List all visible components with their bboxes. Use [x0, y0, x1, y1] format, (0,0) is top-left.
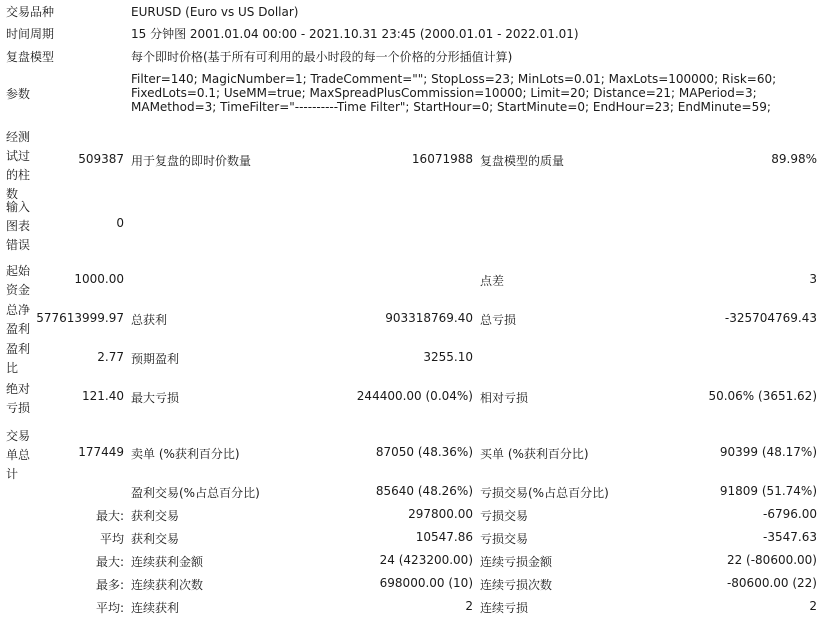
parameters-value: Filter=140; MagicNumber=1; TradeComment=… [131, 72, 821, 114]
max-consecutive-prefix: 最大: [96, 553, 124, 570]
symbol-value: EURUSD (Euro vs US Dollar) [131, 4, 298, 20]
avg-consecutive-profit-label: 连续获利 [131, 599, 179, 616]
loss-trades-value: 91809 (51.74%) [720, 484, 817, 498]
profit-trades-value: 85640 (48.26%) [376, 484, 473, 498]
maximal-drawdown-label: 最大亏损 [131, 389, 179, 406]
total-net-profit-label: 总净盈利 [6, 301, 36, 339]
model-value: 每个即时价格(基于所有可利用的最小时段的每一个价格的分形插值计算) [131, 49, 512, 65]
short-positions-label: 卖单 (%获利百分比) [131, 445, 240, 462]
maximal-consecutive-loss-label: 连续亏损次数 [480, 576, 552, 593]
maximal-consecutive-loss-value: -80600.00 (22) [727, 576, 817, 590]
bars-tested-value: 509387 [78, 152, 124, 166]
absolute-drawdown-label: 绝对亏损 [6, 380, 36, 418]
total-trades-label: 交易单总计 [6, 427, 36, 484]
avg-consecutive-loss-label: 连续亏损 [480, 599, 528, 616]
largest-profit-value: 297800.00 [408, 507, 473, 521]
mismatched-errors-label: 输入图表错误 [6, 198, 36, 255]
spread-label: 点差 [480, 272, 504, 289]
avg-consecutive-profit-value: 2 [465, 599, 473, 613]
model-label: 复盘模型 [6, 49, 86, 65]
profit-factor-value: 2.77 [97, 350, 124, 364]
maximal-drawdown-value: 244400.00 (0.04%) [357, 389, 473, 403]
largest-profit-label: 获利交易 [131, 507, 179, 524]
maximal-consecutive-profit-label: 连续获利次数 [131, 576, 203, 593]
maximal-consecutive-profit-value: 698000.00 (10) [380, 576, 473, 590]
initial-deposit-label: 起始资金 [6, 262, 36, 300]
avg-consecutive-loss-value: 2 [809, 599, 817, 613]
period-value: 15 分钟图 2001.01.04 00:00 - 2021.10.31 23:… [131, 26, 579, 42]
initial-deposit-value: 1000.00 [74, 272, 124, 286]
max-consecutive-loss-value: 22 (-80600.00) [727, 553, 817, 567]
modelling-quality-label: 复盘模型的质量 [480, 152, 564, 169]
average-loss-value: -3547.63 [763, 530, 817, 544]
symbol-label: 交易品种 [6, 4, 86, 20]
average-profit-value: 10547.86 [416, 530, 473, 544]
long-positions-label: 买单 (%获利百分比) [480, 445, 589, 462]
maximal-consecutive-prefix: 最多: [96, 576, 124, 593]
gross-loss-value: -325704769.43 [725, 311, 817, 325]
max-consecutive-profit-label: 连续获利金额 [131, 553, 203, 570]
long-positions-value: 90399 (48.17%) [720, 445, 817, 459]
expected-payoff-label: 预期盈利 [131, 350, 179, 367]
spread-value: 3 [809, 272, 817, 286]
short-positions-value: 87050 (48.36%) [376, 445, 473, 459]
absolute-drawdown-value: 121.40 [82, 389, 124, 403]
mismatched-errors-value: 0 [116, 216, 124, 230]
modelling-quality-value: 89.98% [771, 152, 817, 166]
total-net-profit-value: 577613999.97 [36, 311, 124, 325]
ticks-modelled-label: 用于复盘的即时价数量 [131, 152, 251, 169]
gross-loss-label: 总亏损 [480, 311, 516, 328]
period-label: 时间周期 [6, 26, 86, 42]
max-consecutive-loss-label: 连续亏损金额 [480, 553, 552, 570]
gross-profit-label: 总获利 [131, 311, 167, 328]
largest-prefix: 最大: [96, 507, 124, 524]
average-profit-label: 获利交易 [131, 530, 179, 547]
relative-drawdown-value: 50.06% (3651.62) [708, 389, 817, 403]
average-prefix: 平均 [100, 530, 124, 547]
loss-trades-label: 亏损交易(%占总百分比) [480, 484, 609, 501]
avg-consecutive-prefix: 平均: [96, 599, 124, 616]
parameters-label: 参数 [6, 85, 86, 104]
relative-drawdown-label: 相对亏损 [480, 389, 528, 406]
ticks-modelled-value: 16071988 [412, 152, 473, 166]
max-consecutive-profit-value: 24 (423200.00) [380, 553, 473, 567]
profit-factor-label: 盈利比 [6, 340, 36, 378]
expected-payoff-value: 3255.10 [423, 350, 473, 364]
bars-tested-label: 经测试过的柱数 [6, 128, 36, 204]
gross-profit-value: 903318769.40 [385, 311, 473, 325]
total-trades-value: 177449 [78, 445, 124, 459]
average-loss-label: 亏损交易 [480, 530, 528, 547]
largest-loss-label: 亏损交易 [480, 507, 528, 524]
profit-trades-label: 盈利交易(%占总百分比) [131, 484, 260, 501]
largest-loss-value: -6796.00 [763, 507, 817, 521]
